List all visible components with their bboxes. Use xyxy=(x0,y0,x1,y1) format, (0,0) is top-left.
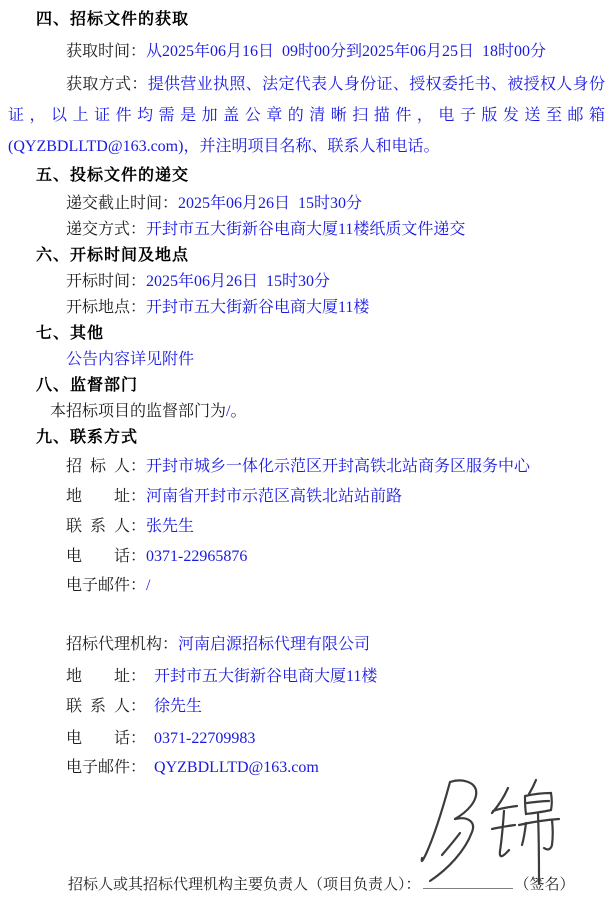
acquire-method-paragraph: 获取方式：提供营业执照、法定代表人身份证、授权委托书、被授权人身份证，以上证件均… xyxy=(8,69,605,162)
agency-email-label: 电子邮件 xyxy=(66,755,130,781)
tenderer-email-value: / xyxy=(146,577,150,594)
tenderer-contact-value: 张先生 xyxy=(146,518,194,535)
acquire-time-value: 从2025年06月16日 09时00分到2025年06月25日 18时00分 xyxy=(146,43,546,60)
footer-label: 招标人或其招标代理机构主要负责人（项目负责人）： xyxy=(68,877,421,893)
colon: ： xyxy=(130,577,146,594)
supervision-suffix: 。 xyxy=(230,403,246,420)
tenderer-name-row: 招标人：开封市城乡一体化示范区开封高铁北站商务区服务中心 xyxy=(66,454,613,480)
tenderer-email-row: 电子邮件：/ xyxy=(66,573,613,599)
other-note-value: 公告内容详见附件 xyxy=(66,351,194,368)
signature-handwriting: 罗锦 xyxy=(408,776,568,888)
agency-email-value: QYZBDLLTD@163.com xyxy=(146,759,319,776)
tenderer-phone-value: 0371-22965876 xyxy=(146,548,247,565)
tenderer-name-value: 开封市城乡一体化示范区开封高铁北站商务区服务中心 xyxy=(146,458,530,475)
colon: ： xyxy=(162,636,178,653)
tenderer-phone-label: 电话 xyxy=(66,544,130,570)
colon: ： xyxy=(130,698,146,715)
opening-time-value: 2025年06月26日 15时30分 xyxy=(146,273,330,290)
submit-deadline-row: 递交截止时间：2025年06月26日 15时30分 xyxy=(66,191,613,217)
tenderer-contact-label: 联系人 xyxy=(66,514,130,540)
section-9-heading: 九、联系方式 xyxy=(36,425,613,451)
section-5-heading: 五、投标文件的递交 xyxy=(36,163,613,189)
agency-name-label: 招标代理机构 xyxy=(66,632,162,658)
tenderer-phone-row: 电话：0371-22965876 xyxy=(66,544,613,570)
agency-address-row: 地址：开封市五大街新谷电商大厦11楼 xyxy=(66,664,613,690)
tenderer-email-label: 电子邮件 xyxy=(66,573,130,599)
agency-address-value: 开封市五大街新谷电商大厦11楼 xyxy=(146,668,377,685)
colon: ： xyxy=(130,730,146,747)
section-4-heading: 四、招标文件的获取 xyxy=(36,7,613,33)
submit-deadline-value: 2025年06月26日 15时30分 xyxy=(178,195,362,212)
submit-deadline-label: 递交截止时间： xyxy=(66,195,178,212)
colon: ： xyxy=(130,488,146,505)
colon: ： xyxy=(130,668,146,685)
agency-contact-value: 徐先生 xyxy=(146,698,202,715)
supervision-row: 本招标项目的监督部门为/。 xyxy=(50,399,613,425)
agency-address-label: 地址 xyxy=(66,664,130,690)
acquire-method-label: 获取方式： xyxy=(66,76,148,93)
tenderer-address-row: 地址：河南省开封市示范区高铁北站站前路 xyxy=(66,484,613,510)
agency-phone-value: 0371-22709983 xyxy=(146,730,255,747)
opening-time-row: 开标时间：2025年06月26日 15时30分 xyxy=(66,269,613,295)
acquire-time-label: 获取时间： xyxy=(66,43,146,60)
colon: ： xyxy=(130,759,146,776)
tenderer-address-value: 河南省开封市示范区高铁北站站前路 xyxy=(146,488,402,505)
acquire-time-row: 获取时间：从2025年06月16日 09时00分到2025年06月25日 18时… xyxy=(66,39,613,65)
opening-place-value: 开封市五大街新谷电商大厦11楼 xyxy=(146,299,369,316)
submit-method-value: 开封市五大街新谷电商大厦11楼纸质文件递交 xyxy=(146,221,465,238)
colon: ： xyxy=(130,458,146,475)
opening-time-label: 开标时间： xyxy=(66,273,146,290)
submit-method-row: 递交方式：开封市五大街新谷电商大厦11楼纸质文件递交 xyxy=(66,217,613,243)
opening-place-label: 开标地点： xyxy=(66,299,146,316)
other-note-row: 公告内容详见附件 xyxy=(66,347,613,373)
agency-contact-row: 联系人：徐先生 xyxy=(66,694,613,720)
tenderer-contact-row: 联系人：张先生 xyxy=(66,514,613,540)
colon: ： xyxy=(130,518,146,535)
submit-method-label: 递交方式： xyxy=(66,221,146,238)
tenderer-address-label: 地址 xyxy=(66,484,130,510)
agency-name-row: 招标代理机构：河南启源招标代理有限公司 xyxy=(66,632,613,658)
section-8-heading: 八、监督部门 xyxy=(36,373,613,399)
tenderer-name-label: 招标人 xyxy=(66,454,130,480)
agency-phone-row: 电话：0371-22709983 xyxy=(66,726,613,752)
agency-name-value: 河南启源招标代理有限公司 xyxy=(178,636,370,653)
section-7-heading: 七、其他 xyxy=(36,321,613,347)
tender-notice-document: 四、招标文件的获取 获取时间：从2025年06月16日 09时00分到2025年… xyxy=(0,0,613,908)
supervision-prefix: 本招标项目的监督部门为 xyxy=(50,403,226,420)
signature-strokes-svg xyxy=(408,776,568,888)
colon: ： xyxy=(130,548,146,565)
agency-phone-label: 电话 xyxy=(66,726,130,752)
agency-contact-label: 联系人 xyxy=(66,694,130,720)
section-6-heading: 六、开标时间及地点 xyxy=(36,243,613,269)
opening-place-row: 开标地点：开封市五大街新谷电商大厦11楼 xyxy=(66,295,613,321)
